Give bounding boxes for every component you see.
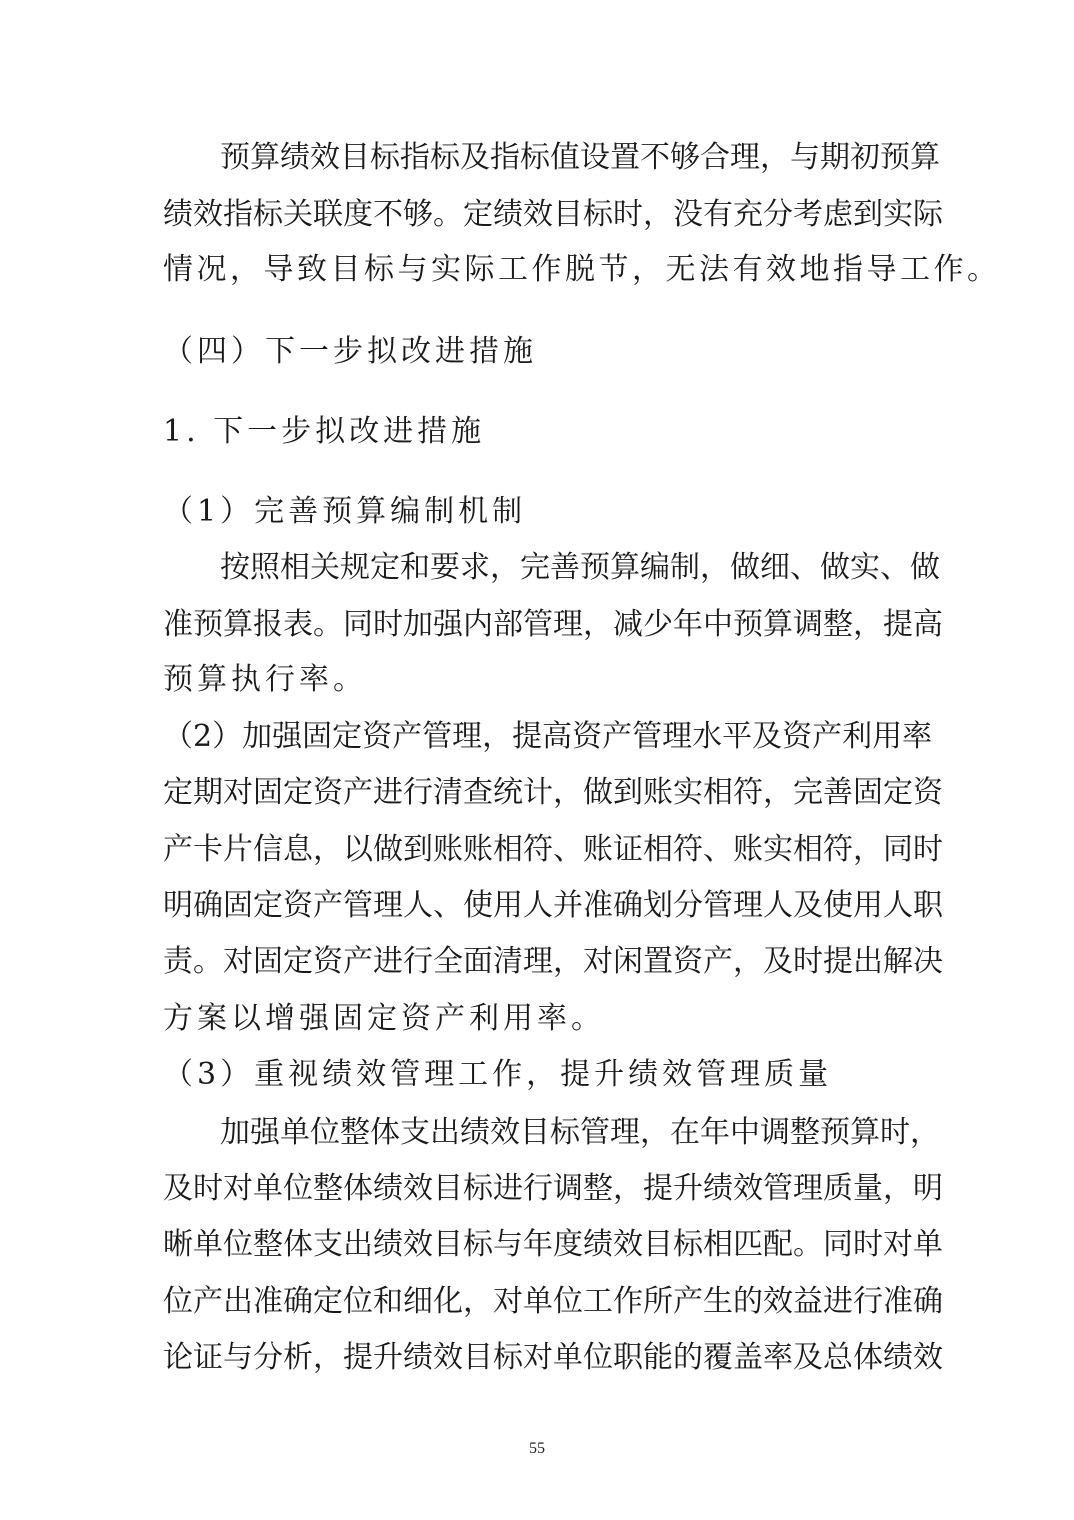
- paragraph-line: 预算执行率。: [163, 660, 915, 700]
- paragraph-line: 产卡片信息，以做到账账相符、账证相符、账实相符，同时: [163, 830, 915, 870]
- item-heading: （2）加强固定资产管理，提高资产管理水平及资产利用率: [163, 717, 915, 757]
- paragraph-line: 按照相关规定和要求，完善预算编制，做细、做实、做: [220, 548, 915, 588]
- paragraph-line: 论证与分析，提升绩效目标对单位职能的覆盖率及总体绩效: [163, 1338, 915, 1378]
- item-heading: （3）重视绩效管理工作，提升绩效管理质量: [163, 1055, 915, 1095]
- item-heading: （1）完善预算编制机制: [163, 492, 915, 532]
- subsection-heading: 1. 下一步拟改进措施: [163, 412, 915, 452]
- paragraph-line: 情况，导致目标与实际工作脱节，无法有效地指导工作。: [163, 250, 915, 290]
- paragraph-line: 定期对固定资产进行清查统计，做到账实相符，完善固定资: [163, 773, 915, 813]
- paragraph-line: 位产出准确定位和细化，对单位工作所产生的效益进行准确: [163, 1282, 915, 1322]
- paragraph-line: 及时对单位整体绩效目标进行调整，提升绩效管理质量，明: [163, 1169, 915, 1209]
- paragraph-line: 预算绩效目标指标及指标值设置不够合理，与期初预算: [220, 138, 915, 178]
- paragraph-line: 责。对固定资产进行全面清理，对闲置资产，及时提出解决: [163, 942, 915, 982]
- paragraph-line: 方案以增强固定资产利用率。: [163, 999, 915, 1039]
- paragraph-line: 明确固定资产管理人、使用人并准确划分管理人及使用人职: [163, 886, 915, 926]
- paragraph-line: 晰单位整体支出绩效目标与年度绩效目标相匹配。同时对单: [163, 1225, 915, 1265]
- paragraph-line: 绩效指标关联度不够。定绩效目标时，没有充分考虑到实际: [163, 195, 915, 235]
- page-number: 55: [0, 1440, 1074, 1458]
- paragraph-line: 加强单位整体支出绩效目标管理，在年中调整预算时，: [220, 1113, 915, 1153]
- section-heading: （四）下一步拟改进措施: [163, 332, 915, 372]
- paragraph-line: 准预算报表。同时加强内部管理，减少年中预算调整，提高: [163, 605, 915, 645]
